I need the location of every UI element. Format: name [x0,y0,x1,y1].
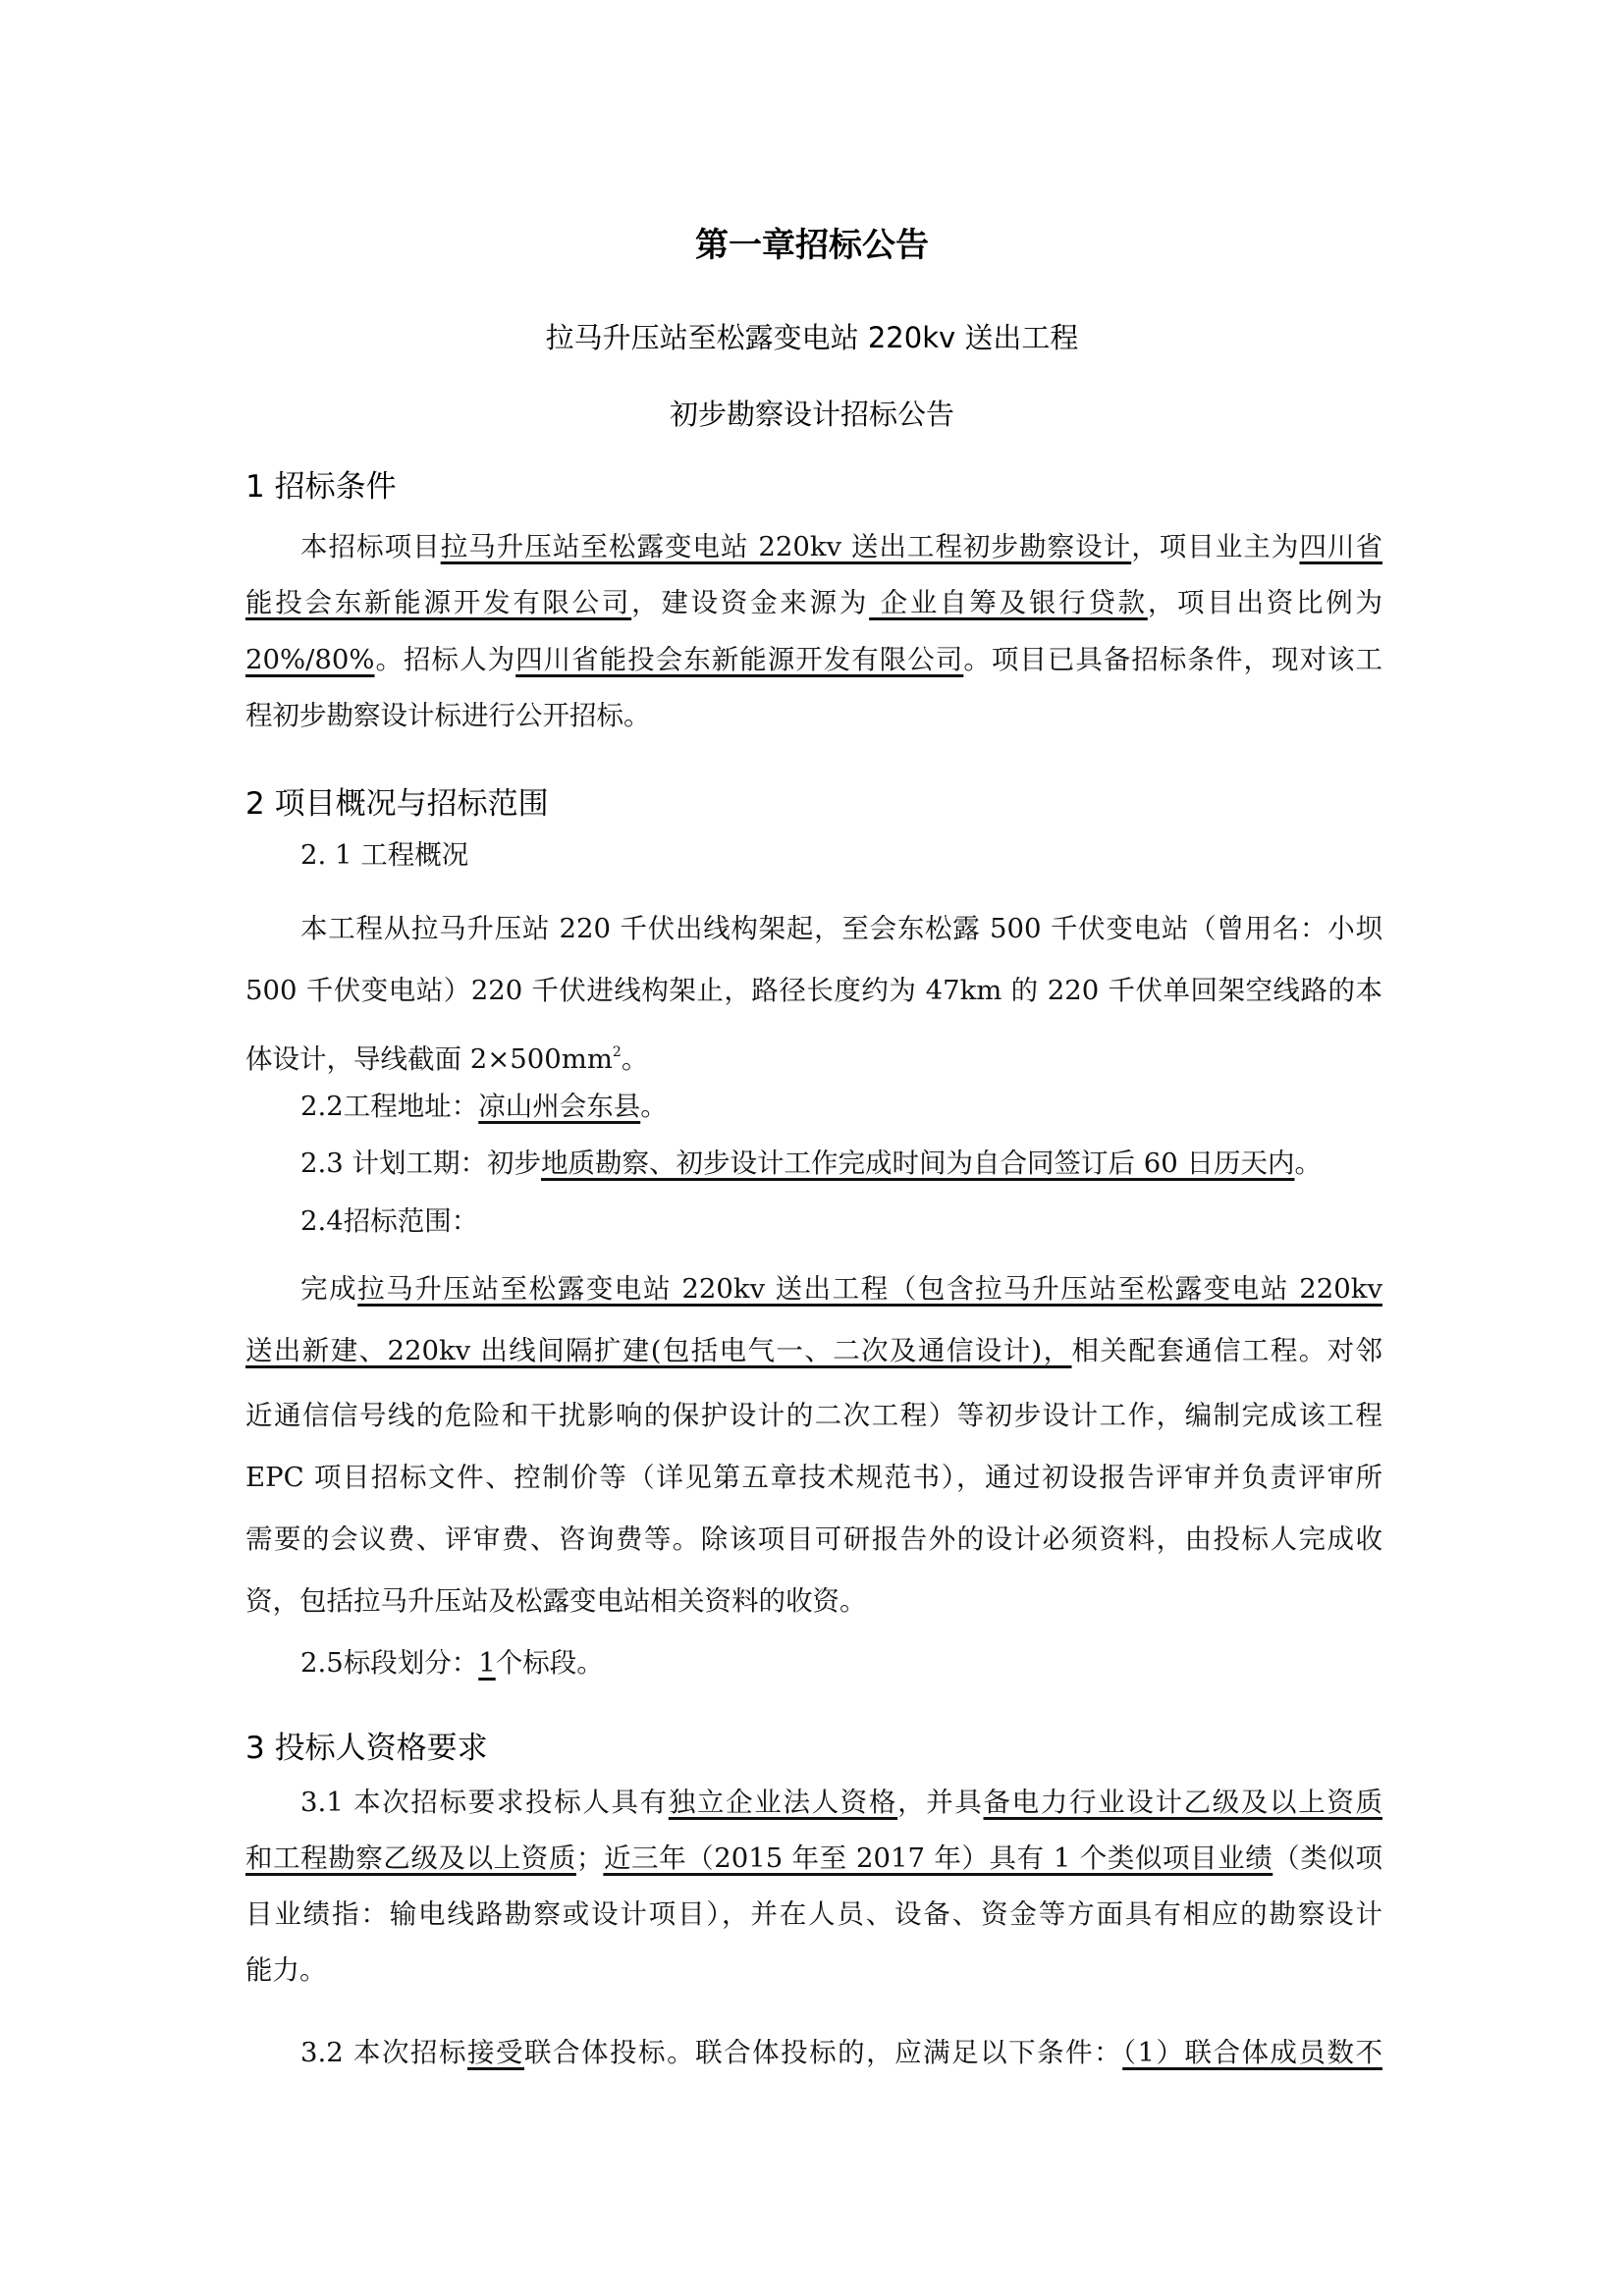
underlined-lot-count: 1 [478,1647,496,1679]
label: 2.3 计划工期：初步 [300,1148,541,1179]
text: 。 [640,1091,668,1122]
project-title: 拉马升压站至松露变电站 220kv 送出工程 [0,316,1624,356]
underlined-ratio: 20%/80% [245,644,375,675]
section-2-1-label: 2. 1 工程概况 [300,838,468,872]
text: 联合体投标。联合体投标的，应满足以下条件： [524,2037,1122,2068]
section-1-heading: 1 招标条件 [245,461,397,506]
text: 。招标人为 [375,644,516,675]
section-2-4-line-1: 完成拉马升压站至松露变电站 220kv 送出工程（包含拉马升压站至松露变电站 2… [300,1272,1382,1306]
notice-title: 初步勘察设计招标公告 [0,393,1624,433]
section-3-1-line-1: 3.1 本次招标要求投标人具有独立企业法人资格，并具备电力行业设计乙级及以上资质 [300,1786,1382,1819]
section-1-line-1: 本招标项目拉马升压站至松露变电站 220kv 送出工程初步勘察设计，项目业主为四… [300,530,1382,563]
section-2-4-line-6: 资，包括拉马升压站及松露变电站相关资料的收资。 [245,1584,1382,1618]
text: 体设计，导线截面 2×500mm [245,1043,613,1075]
text: ，项目业主为 [1131,531,1299,562]
section-2-1-line-3: 体设计，导线截面 2×500mm2。 [245,1036,1382,1069]
section-2-4-line-4: EPC 项目招标文件、控制价等（详见第五章技术规范书），通过初设报告评审并负责评… [245,1461,1382,1494]
section-2-1-line-2: 500 千伏变电站）220 千伏进线构架止，路径长度约为 47km 的 220 … [245,974,1382,1007]
underlined-requirement: 和工程勘察乙级及以上资质 [245,1842,576,1874]
section-1-line-4: 程初步勘察设计标进行公开招标。 [245,699,1382,732]
section-2-4-label: 2.4招标范围： [300,1204,478,1238]
text: ，并具 [897,1787,983,1818]
label: 2.5标段划分： [300,1647,478,1679]
underlined-scope: 送出新建、220kv 出线间隔扩建(包括电气一、二次及通信设计)， [245,1335,1072,1366]
chapter-title: 第一章招标公告 [0,218,1624,266]
text: 。项目已具备招标条件，现对该工 [963,644,1382,675]
document-page: 第一章招标公告 拉马升压站至松露变电站 220kv 送出工程 初步勘察设计招标公… [0,0,1624,2296]
superscript: 2 [613,1044,622,1060]
underlined-condition: （1）联合体成员数不 [1122,2037,1382,2068]
section-3-heading: 3 投标人资格要求 [245,1723,488,1767]
text: 3.1 本次招标要求投标人具有 [300,1787,669,1818]
underlined-requirement: 近三年（2015 年至 2017 年）具有 1 个类似项目业绩 [603,1842,1272,1874]
text: 。 [1294,1148,1322,1179]
text: ； [576,1842,604,1874]
section-2-4-line-3: 近通信信号线的危险和干扰影响的保护设计的二次工程）等初步设计工作，编制完成该工程 [245,1399,1382,1432]
underlined-address: 凉山州会东县 [478,1091,640,1122]
underlined-requirement: 备电力行业设计乙级及以上资质 [984,1787,1383,1818]
underlined-owner: 能投会东新能源开发有限公司 [245,587,631,618]
section-1-line-2: 能投会东新能源开发有限公司，建设资金来源为 企业自筹及银行贷款，项目出资比例为 [245,586,1382,619]
section-2-4-line-5: 需要的会议费、评审费、咨询费等。除该项目可研报告外的设计必须资料，由投标人完成收 [245,1522,1382,1556]
section-3-2-line-1: 3.2 本次招标接受联合体投标。联合体投标的，应满足以下条件：（1）联合体成员数… [300,2036,1382,2069]
section-2-5: 2.5标段划分：1个标段。 [300,1646,604,1680]
underlined-schedule: 地质勘察、初步设计工作完成时间为自合同签订后 60 日历天内 [541,1148,1294,1179]
underlined-scope: 拉马升压站至松露变电站 220kv 送出工程（包含拉马升压站至松露变电站 220… [357,1273,1382,1305]
section-3-1-line-3: 目业绩指：输电线路勘察或设计项目），并在人员、设备、资金等方面具有相应的勘察设计 [245,1897,1382,1931]
section-2-1-line-1: 本工程从拉马升压站 220 千伏出线构架起，至会东松露 500 千伏变电站（曾用… [300,912,1382,945]
label: 2.2工程地址： [300,1091,478,1122]
text: 完成 [300,1273,357,1305]
text: ，建设资金来源为 [631,587,869,618]
underlined-funding-source: 企业自筹及银行贷款 [869,587,1148,618]
text: （类似项 [1272,1842,1382,1874]
section-3-1-line-2: 和工程勘察乙级及以上资质；近三年（2015 年至 2017 年）具有 1 个类似… [245,1842,1382,1875]
section-2-2: 2.2工程地址：凉山州会东县。 [300,1090,668,1123]
underlined-tenderer: 四川省能投会东新能源开发有限公司 [515,644,963,675]
text: 个标段。 [496,1647,604,1679]
underlined-project-name: 拉马升压站至松露变电站 220kv 送出工程初步勘察设计 [441,531,1132,562]
section-2-heading: 2 项目概况与招标范围 [245,778,549,823]
section-2-3: 2.3 计划工期：初步地质勘察、初步设计工作完成时间为自合同签订后 60 日历天… [300,1147,1322,1180]
text: 3.2 本次招标 [300,2037,467,2068]
section-1-line-3: 20%/80%。招标人为四川省能投会东新能源开发有限公司。项目已具备招标条件，现… [245,643,1382,676]
section-2-4-line-2: 送出新建、220kv 出线间隔扩建(包括电气一、二次及通信设计)，相关配套通信工… [245,1334,1382,1367]
section-3-1-line-4: 能力。 [245,1953,1382,1987]
text: 相关配套通信工程。对邻 [1072,1335,1382,1366]
underlined-owner: 四川省 [1299,531,1382,562]
underlined-requirement: 独立企业法人资格 [669,1787,897,1818]
underlined-accept: 接受 [467,2037,524,2068]
text: 本招标项目 [300,531,441,562]
text: 。 [622,1043,649,1075]
text: ，项目出资比例为 [1148,587,1382,618]
